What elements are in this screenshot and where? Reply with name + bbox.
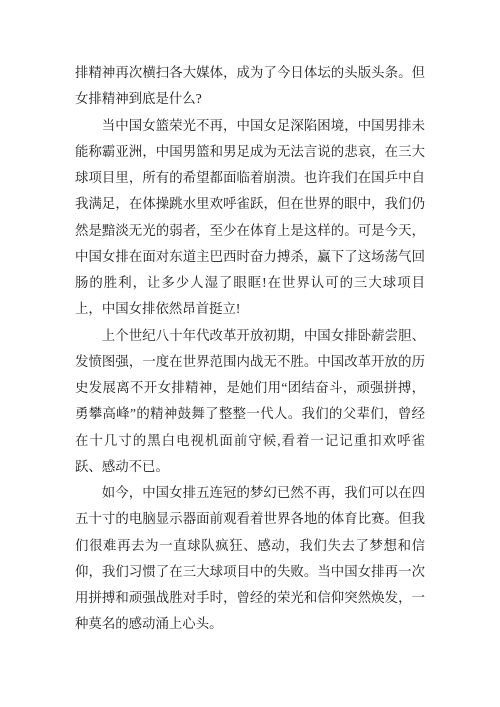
paragraph-continuation: 排精神再次横扫各大媒体，成为了今日体坛的头版头条。但女排精神到底是什么? [75,60,425,113]
paragraph: 当中国女篮荣光不再，中国女足深陷困境，中国男排未能称霸亚洲，中国男篮和男足成为无… [75,113,425,323]
document-body-text: 排精神再次横扫各大媒体，成为了今日体坛的头版头条。但女排精神到底是什么? 当中国… [75,60,425,638]
paragraph: 如今，中国女排五连冠的梦幻已然不再，我们可以在四五十寸的电脑显示器面前观看着世界… [75,480,425,638]
document-page: 排精神再次横扫各大媒体，成为了今日体坛的头版头条。但女排精神到底是什么? 当中国… [0,0,500,707]
paragraph: 上个世纪八十年代改革开放初期，中国女排卧薪尝胆、发愤图强，一度在世界范围内战无不… [75,323,425,481]
